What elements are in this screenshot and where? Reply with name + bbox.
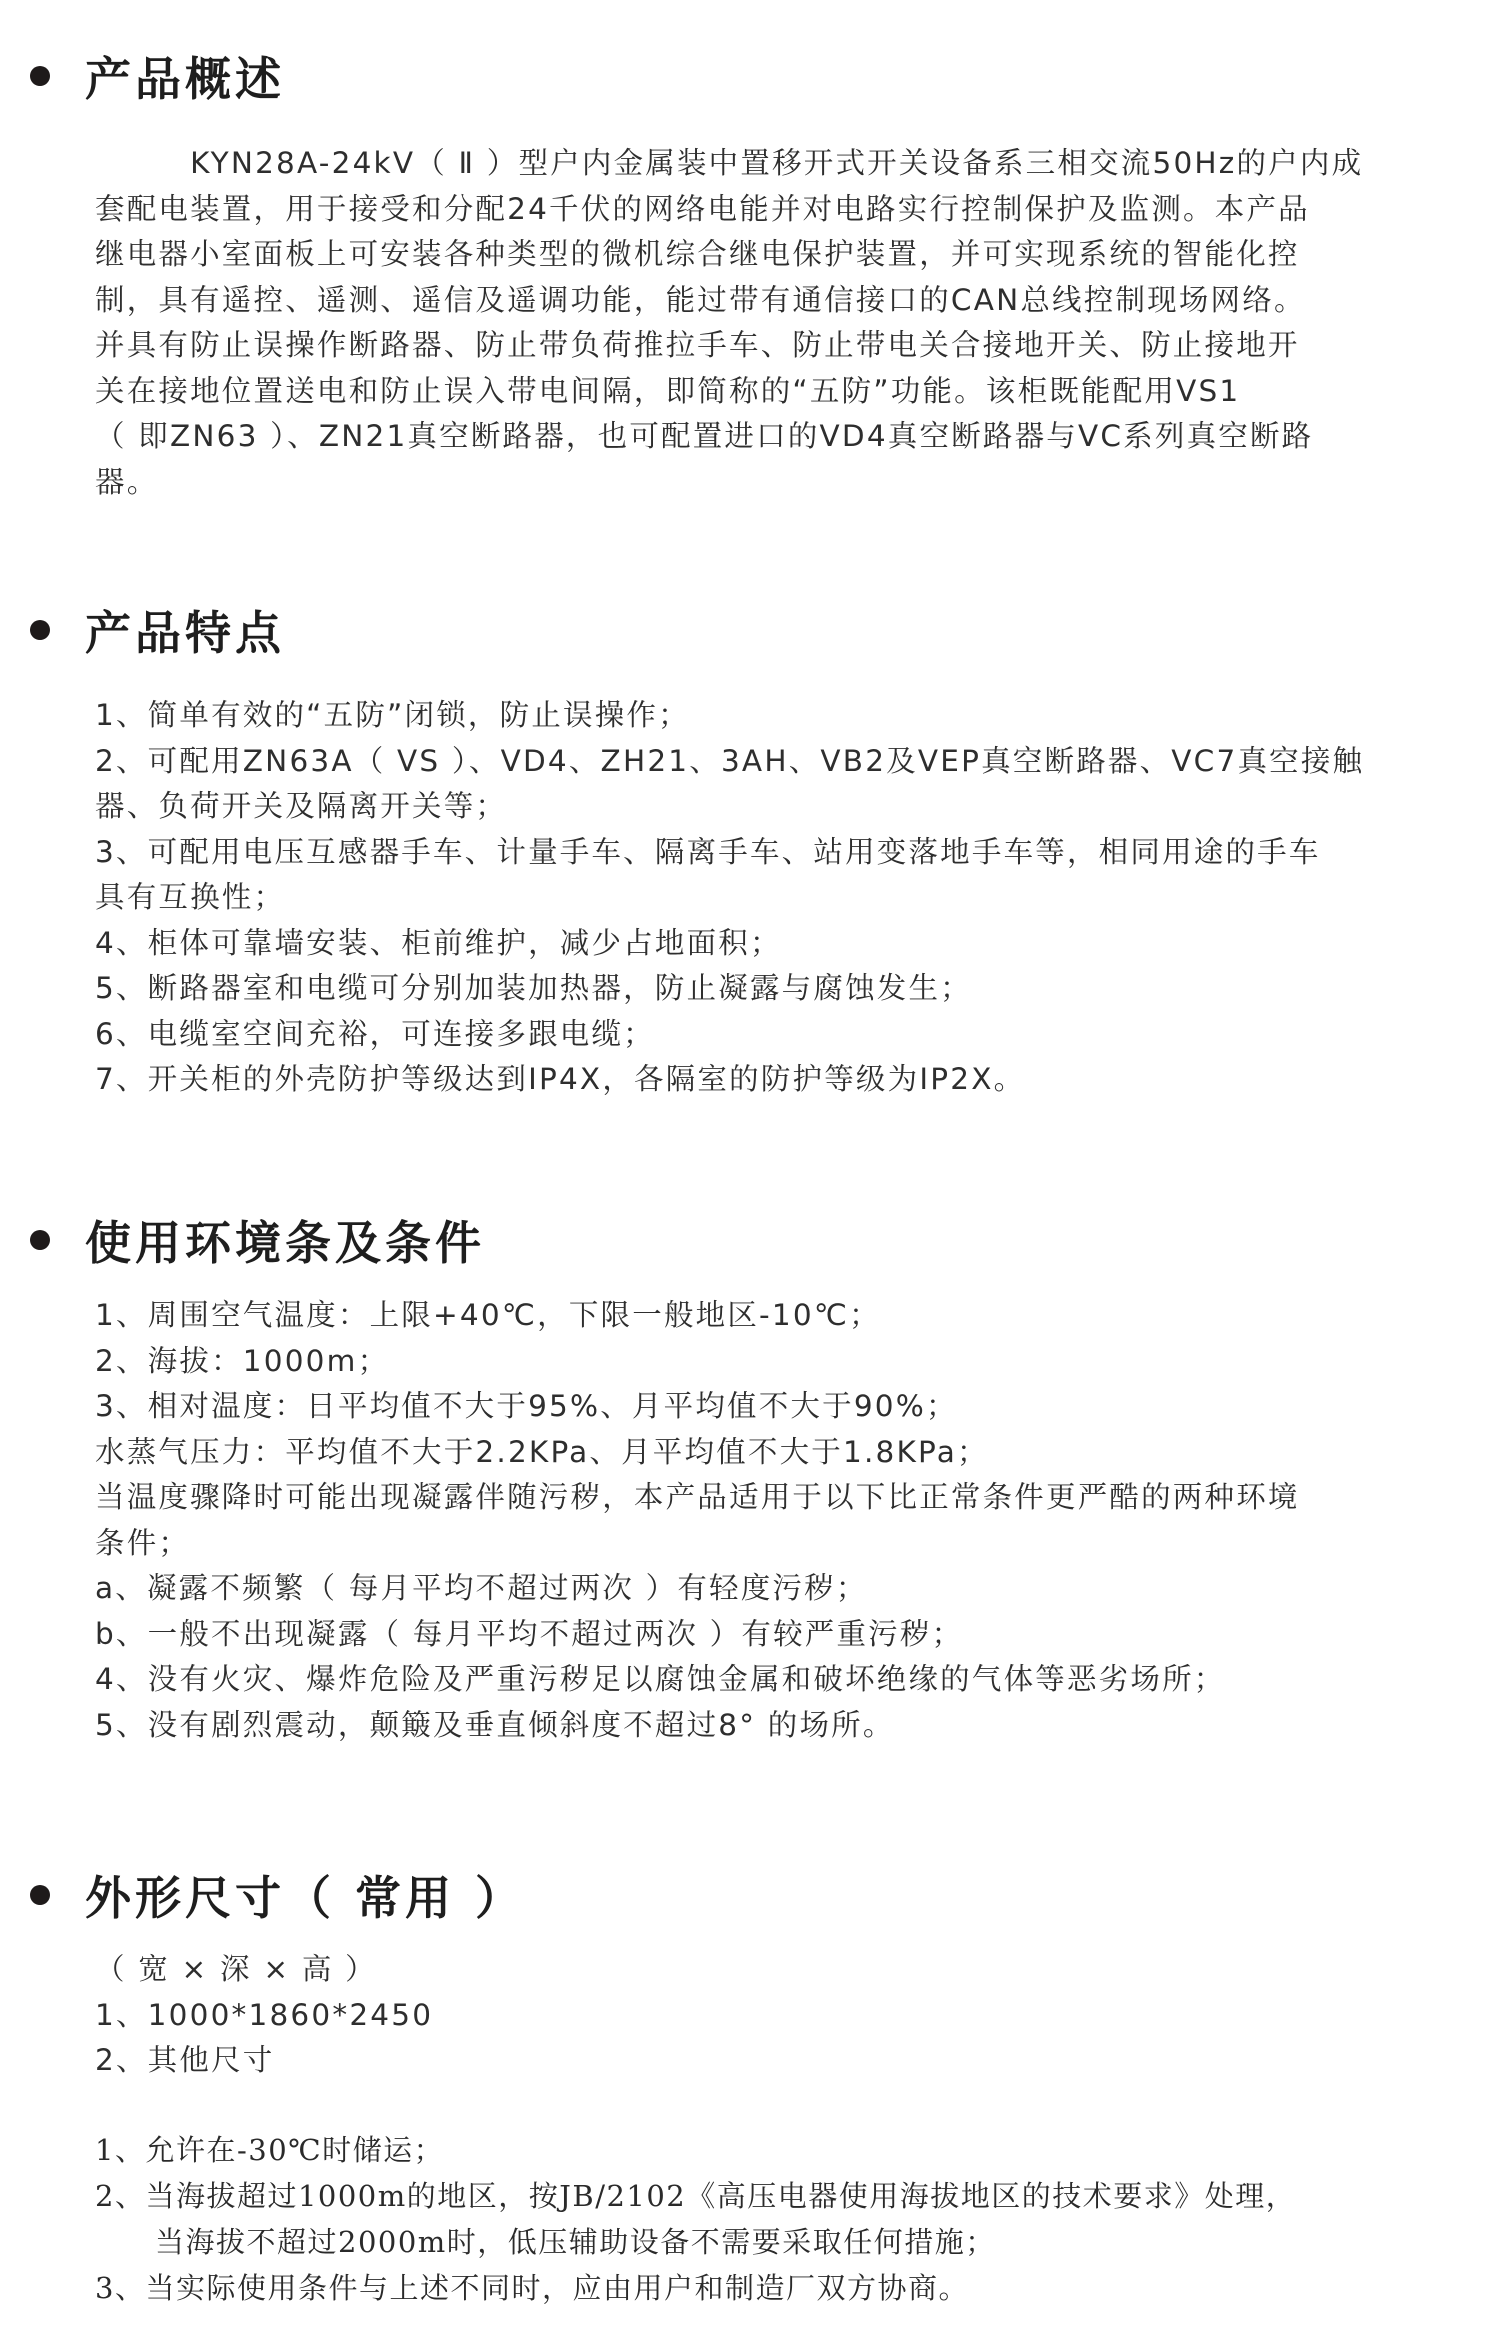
text-line: KYN28A-24kV（ Ⅱ ）型户内金属装中置移开式开关设备系三相交流50Hz… xyxy=(95,141,1470,187)
section-heading-environment: 使用环境条及条件 xyxy=(30,1210,485,1270)
list-item: 6、电缆室空间充裕，可连接多跟电缆； xyxy=(95,1012,1470,1058)
list-item: 当温度骤降时可能出现凝露伴随污秽，本产品适用于以下比正常条件更严酷的两种环境 xyxy=(95,1475,1470,1521)
section-title: 产品特点 xyxy=(85,597,285,663)
list-item: 2、其他尺寸 xyxy=(95,2038,1470,2084)
list-item: 5、没有剧烈震动，颠簸及垂直倾斜度不超过8° 的场所。 xyxy=(95,1703,1470,1749)
note-item: 1、允许在-30℃时储运； xyxy=(95,2127,1470,2173)
dimensions-list: （ 宽 × 深 × 高 ） 1、1000*1860*2450 2、其他尺寸 xyxy=(95,1947,1470,2084)
notes-list: 1、允许在-30℃时储运； 2、当海拔超过1000m的地区，按JB/2102《高… xyxy=(95,2127,1470,2311)
note-item: 3、当实际使用条件与上述不同时，应由用户和制造厂双方协商。 xyxy=(95,2265,1470,2311)
list-item: 水蒸气压力：平均值不大于2.2KPa、月平均值不大于1.8KPa； xyxy=(95,1430,1470,1476)
section-heading-features: 产品特点 xyxy=(30,600,285,660)
text-line: 继电器小室面板上可安装各种类型的微机综合继电保护装置，并可实现系统的智能化控 xyxy=(95,232,1470,278)
list-item: 具有互换性； xyxy=(95,875,1470,921)
dimension-unit-label: （ 宽 × 深 × 高 ） xyxy=(95,1947,1470,1993)
text-line: （ 即ZN63 ）、ZN21真空断路器，也可配置进口的VD4真空断路器与VC系列… xyxy=(95,414,1470,460)
list-item: 器、负荷开关及隔离开关等； xyxy=(95,784,1470,830)
bullet-icon xyxy=(30,1230,50,1250)
note-item-continuation: 当海拔不超过2000m时，低压辅助设备不需要采取任何措施； xyxy=(95,2219,1470,2265)
section-title: 产品概述 xyxy=(85,43,285,109)
text-line: 并具有防止误操作断路器、防止带负荷推拉手车、防止带电关合接地开关、防止接地开 xyxy=(95,323,1470,369)
bullet-icon xyxy=(30,66,50,86)
list-item: 2、海拔：1000m； xyxy=(95,1339,1470,1385)
note-item: 2、当海拔超过1000m的地区，按JB/2102《高压电器使用海拔地区的技术要求… xyxy=(95,2173,1470,2219)
list-item: 1、简单有效的“五防”闭锁，防止误操作； xyxy=(95,693,1470,739)
bullet-icon xyxy=(30,1885,50,1905)
overview-paragraph: KYN28A-24kV（ Ⅱ ）型户内金属装中置移开式开关设备系三相交流50Hz… xyxy=(95,141,1470,505)
list-item: 2、可配用ZN63A（ VS ）、VD4、ZH21、3AH、VB2及VEP真空断… xyxy=(95,739,1470,785)
section-heading-overview: 产品概述 xyxy=(30,46,285,106)
list-item: b、一般不出现凝露（ 每月平均不超过两次 ）有较严重污秽； xyxy=(95,1612,1470,1658)
bullet-icon xyxy=(30,620,50,640)
list-item: 5、断路器室和电缆可分别加装加热器，防止凝露与腐蚀发生； xyxy=(95,966,1470,1012)
list-item: 条件； xyxy=(95,1521,1470,1567)
features-list: 1、简单有效的“五防”闭锁，防止误操作； 2、可配用ZN63A（ VS ）、VD… xyxy=(95,693,1470,1103)
list-item: 4、柜体可靠墙安装、柜前维护，减少占地面积； xyxy=(95,921,1470,967)
list-item: 7、开关柜的外壳防护等级达到IP4X，各隔室的防护等级为IP2X。 xyxy=(95,1057,1470,1103)
list-item: 1、1000*1860*2450 xyxy=(95,1993,1470,2039)
section-title: 外形尺寸（ 常用 ） xyxy=(85,1862,525,1928)
list-item: 3、相对温度：日平均值不大于95%、月平均值不大于90%； xyxy=(95,1384,1470,1430)
text-line: 套配电装置，用于接受和分配24千伏的网络电能并对电路实行控制保护及监测。本产品 xyxy=(95,187,1470,233)
list-item: 3、可配用电压互感器手车、计量手车、隔离手车、站用变落地手车等，相同用途的手车 xyxy=(95,830,1470,876)
text-line: 关在接地位置送电和防止误入带电间隔，即简称的“五防”功能。该柜既能配用VS1 xyxy=(95,369,1470,415)
environment-list: 1、周围空气温度：上限+40℃，下限一般地区-10℃； 2、海拔：1000m； … xyxy=(95,1293,1470,1748)
section-title: 使用环境条及条件 xyxy=(85,1207,485,1273)
list-item: 4、没有火灾、爆炸危险及严重污秽足以腐蚀金属和破坏绝缘的气体等恶劣场所； xyxy=(95,1657,1470,1703)
list-item: a、凝露不频繁（ 每月平均不超过两次 ）有轻度污秽； xyxy=(95,1566,1470,1612)
text-line: 制，具有遥控、遥测、遥信及遥调功能，能过带有通信接口的CAN总线控制现场网络。 xyxy=(95,278,1470,324)
text-line: 器。 xyxy=(95,460,1470,506)
section-heading-dimensions: 外形尺寸（ 常用 ） xyxy=(30,1865,525,1925)
list-item: 1、周围空气温度：上限+40℃，下限一般地区-10℃； xyxy=(95,1293,1470,1339)
